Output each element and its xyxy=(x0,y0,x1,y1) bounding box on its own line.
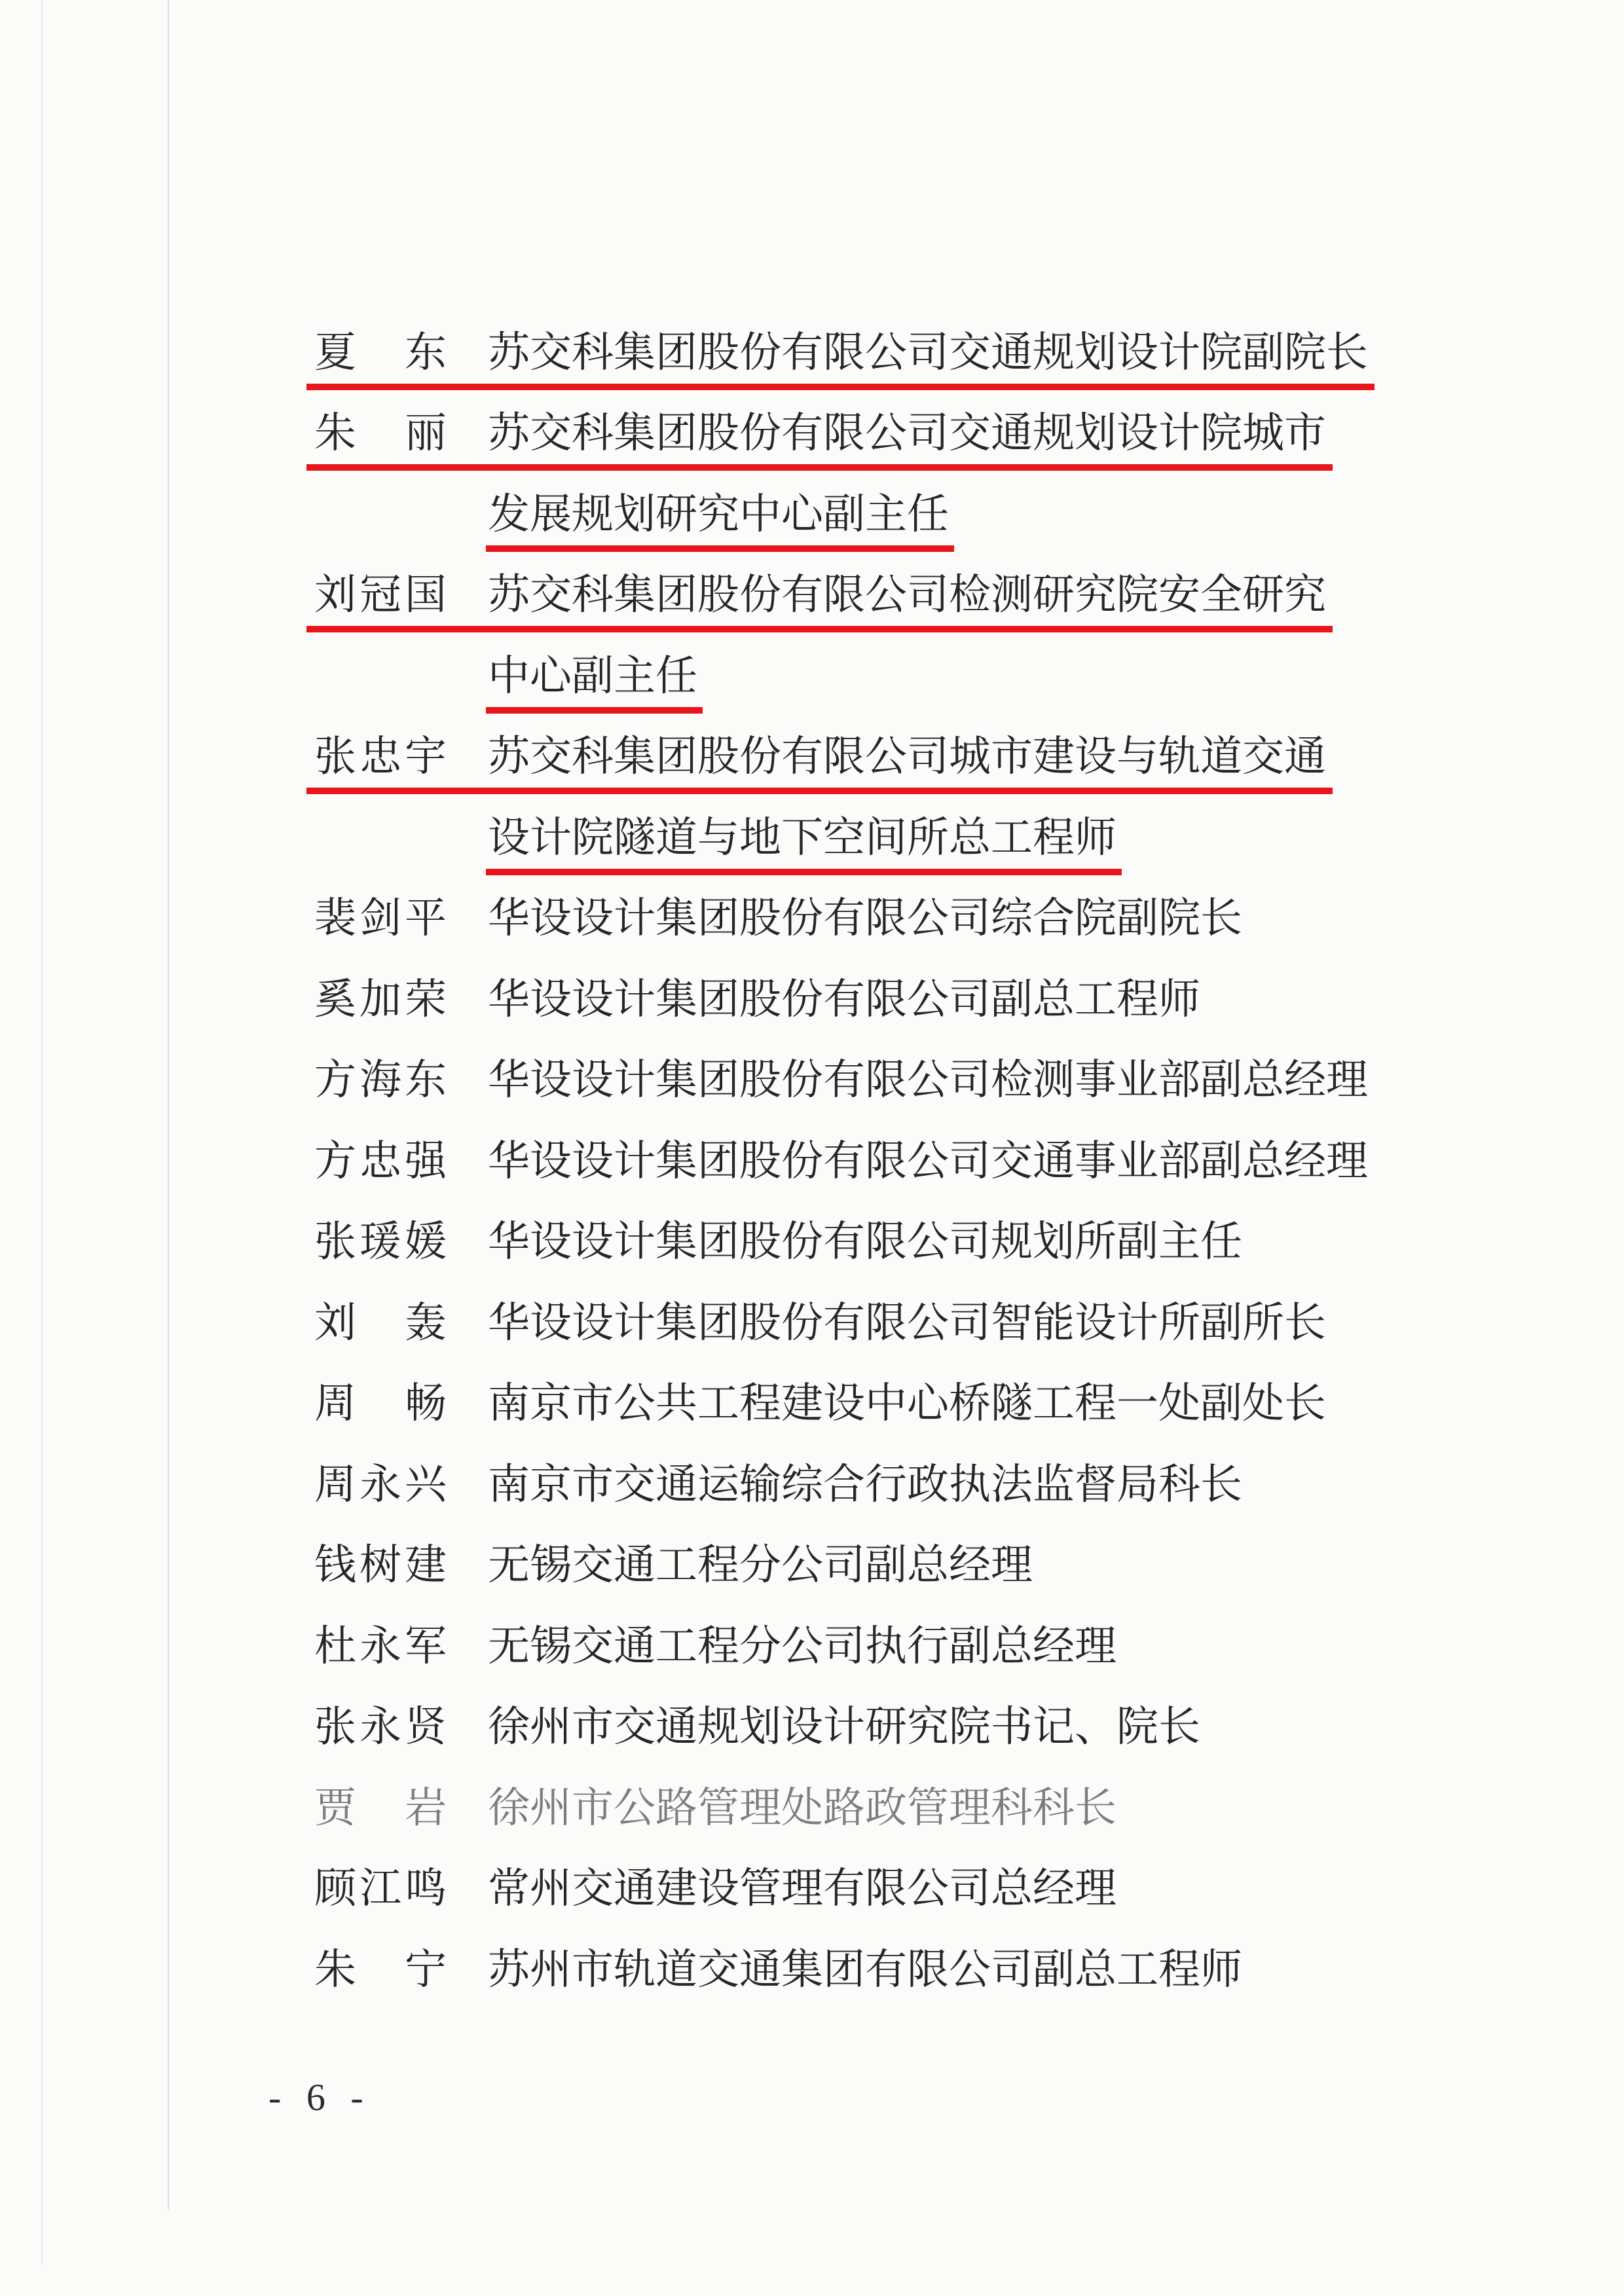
entry-name: 朱 丽 xyxy=(314,411,447,456)
red-underline xyxy=(486,707,703,714)
entry-name: 方忠强 xyxy=(314,1139,447,1184)
scanned-document-page: 夏 东 苏交科集团股份有限公司交通规划设计院副院长 朱 丽 苏交科集团股份有限公… xyxy=(0,0,1624,2296)
red-underline xyxy=(306,384,1375,390)
entry-name: 张忠宇 xyxy=(314,735,447,779)
red-underline xyxy=(306,464,1333,471)
entry-title-line: 华设设计集团股份有限公司规划所副主任 xyxy=(488,1220,1242,1264)
red-underline xyxy=(306,626,1333,632)
entry-title-line: 苏交科集团股份有限公司交通规划设计院副院长 xyxy=(488,331,1368,375)
entry-title-line: 苏交科集团股份有限公司检测研究院安全研究 xyxy=(488,573,1326,617)
entry-title-line: 发展规划研究中心副主任 xyxy=(488,492,949,537)
entry-title-line: 徐州市交通规划设计研究院书记、院长 xyxy=(488,1705,1200,1749)
entry-title-line: 苏州市轨道交通集团有限公司副总工程师 xyxy=(488,1948,1242,1992)
entry-title-line: 华设设计集团股份有限公司综合院副院长 xyxy=(488,896,1242,941)
entry-name: 钱树建 xyxy=(314,1543,447,1588)
scan-artifact-line xyxy=(41,0,43,2265)
entry-name: 贾 岩 xyxy=(314,1786,447,1831)
entry-name: 方海东 xyxy=(314,1058,447,1102)
entry-name: 张瑗媛 xyxy=(314,1220,447,1264)
entry-title-line: 常州交通建设管理有限公司总经理 xyxy=(488,1867,1116,1911)
entry-title-line: 无锡交通工程分公司副总经理 xyxy=(488,1543,1033,1588)
entry-name: 刘冠国 xyxy=(314,573,447,617)
page-number: - 6 - xyxy=(268,2075,371,2119)
entry-title-line: 华设设计集团股份有限公司智能设计所副所长 xyxy=(488,1301,1326,1345)
entry-title-line: 无锡交通工程分公司执行副总经理 xyxy=(488,1624,1116,1669)
red-underline xyxy=(486,545,954,552)
entry-title-line: 苏交科集团股份有限公司城市建设与轨道交通 xyxy=(488,735,1326,779)
entry-name: 夏 东 xyxy=(314,331,447,375)
scan-artifact-line xyxy=(168,0,169,2210)
entry-name: 周 畅 xyxy=(314,1381,447,1426)
entry-title-line: 南京市公共工程建设中心桥隧工程一处副处长 xyxy=(488,1381,1326,1426)
entry-name: 张永贤 xyxy=(314,1705,447,1749)
entry-title-line: 苏交科集团股份有限公司交通规划设计院城市 xyxy=(488,411,1326,456)
red-underline xyxy=(306,788,1333,794)
entry-name: 杜永军 xyxy=(314,1624,447,1669)
entry-title-line: 华设设计集团股份有限公司副总工程师 xyxy=(488,977,1200,1022)
red-underline xyxy=(486,869,1122,875)
entry-title-line: 南京市交通运输综合行政执法监督局科长 xyxy=(488,1463,1242,1507)
entry-title-line: 华设设计集团股份有限公司检测事业部副总经理 xyxy=(488,1058,1368,1102)
entry-title-line: 徐州市公路管理处路政管理科科长 xyxy=(488,1786,1116,1831)
entry-title-line: 设计院隧道与地下空间所总工程师 xyxy=(488,816,1116,860)
entry-title-line: 华设设计集团股份有限公司交通事业部副总经理 xyxy=(488,1139,1368,1184)
entry-title-line: 中心副主任 xyxy=(488,654,697,699)
entry-name: 顾江鸣 xyxy=(314,1867,447,1911)
entry-name: 周永兴 xyxy=(314,1463,447,1507)
entry-name: 朱 宁 xyxy=(314,1948,447,1992)
entry-name: 裴剑平 xyxy=(314,896,447,941)
entry-name: 刘 轰 xyxy=(314,1301,447,1345)
entry-name: 奚加荣 xyxy=(314,977,447,1022)
